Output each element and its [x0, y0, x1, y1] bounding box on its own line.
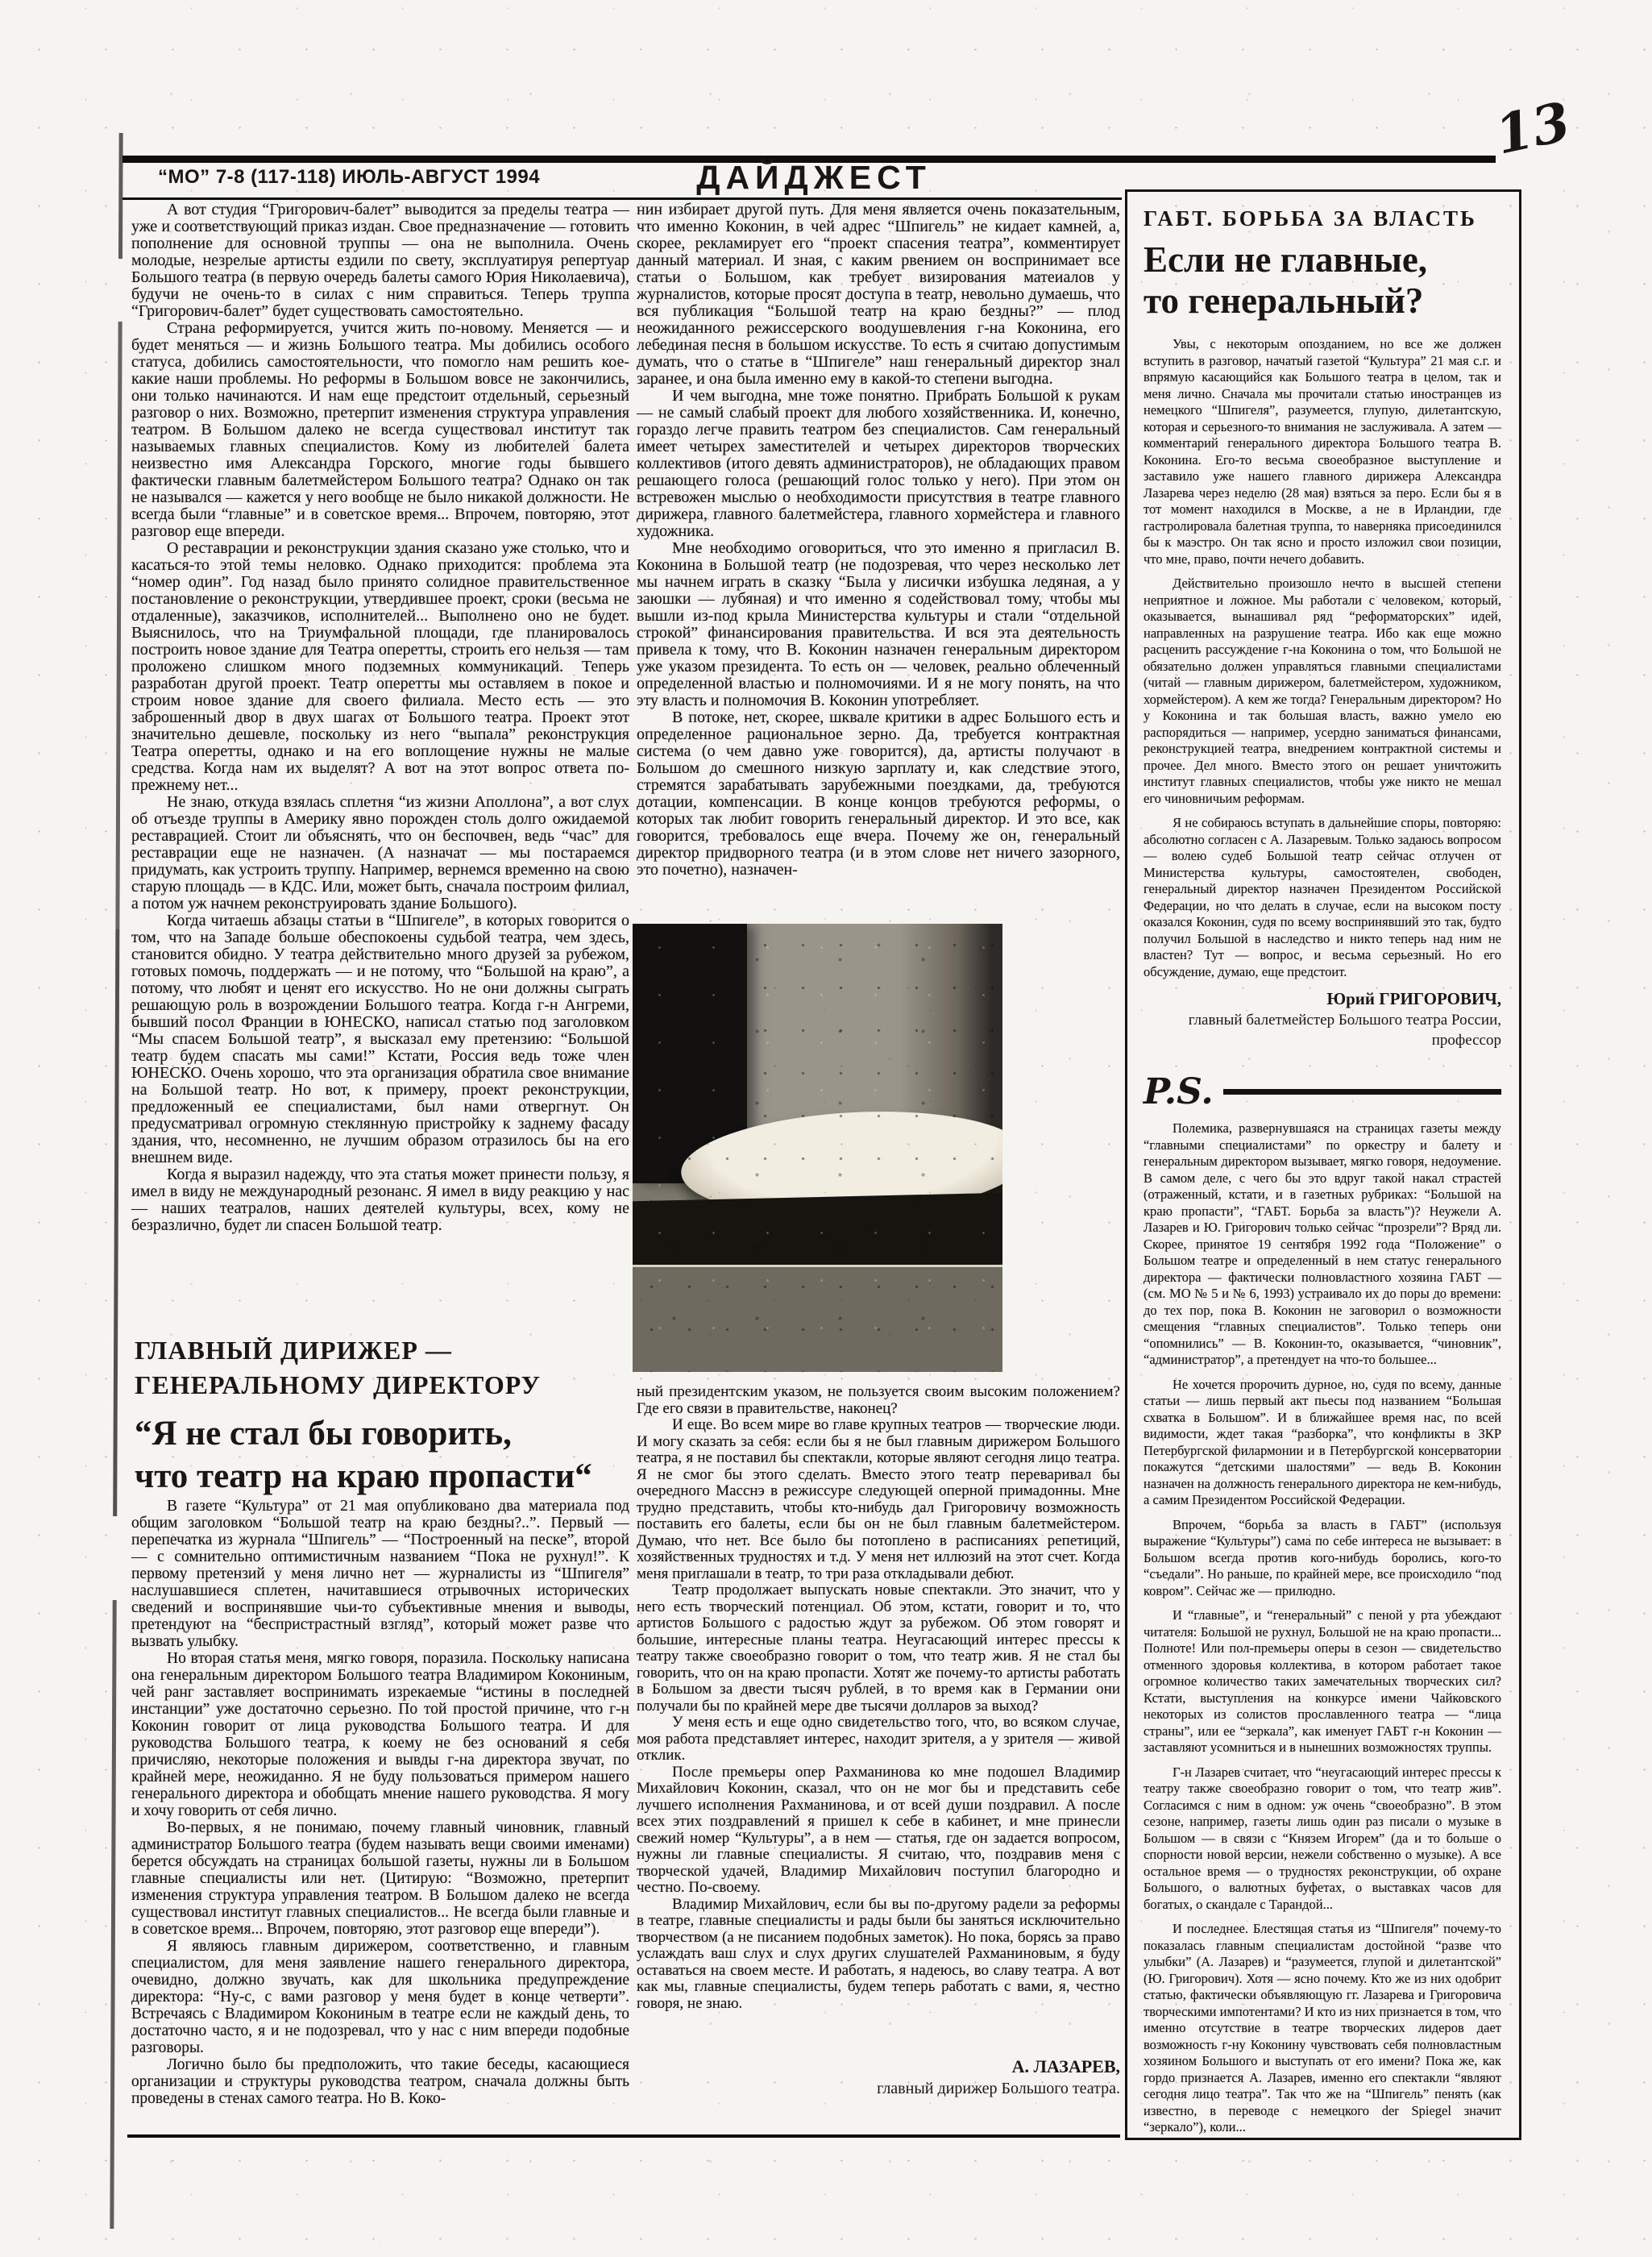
signature-name: А. ЛАЗАРЕВ,: [637, 2055, 1120, 2078]
paragraph: Увы, с некоторым опозданием, но все же д…: [1144, 336, 1501, 567]
photo-column-base: [633, 924, 1002, 1372]
paragraph: Полемика, развернувшаяся на страницах га…: [1144, 1120, 1501, 1369]
masthead: “МО” 7-8 (117-118) ИЮЛЬ-АВГУСТ 1994: [158, 166, 540, 189]
signature-title: главный балетмейстер Большого театра Рос…: [1144, 1010, 1501, 1030]
kicker-line: ГЛАВНЫЙ ДИРИЖЕР —: [135, 1333, 633, 1368]
left-column-body-2: В газете “Культура” от 21 мая опубликова…: [131, 1498, 629, 2131]
article-headline-right: Если не главные, то генеральный?: [1144, 239, 1501, 322]
bottom-rule: [127, 2134, 1120, 2138]
paragraph: О реставрации и реконструкции здания ска…: [131, 540, 629, 794]
paragraph: ный президентским указом, не пользуется …: [637, 1384, 1120, 1417]
kicker-line: ГЕНЕРАЛЬНОМУ ДИРЕКТОРУ: [135, 1368, 633, 1403]
paragraph: Во-первых, я не понимаю, почему главный …: [131, 1819, 629, 1938]
photo-grain-layer: [633, 924, 1002, 1372]
paragraph: Не хочется пророчить дурное, но, судя по…: [1144, 1377, 1501, 1509]
signature-lazarev: А. ЛАЗАРЕВ, главный дирижер Большого теа…: [637, 2055, 1120, 2099]
paragraph: Логично было бы предположить, что такие …: [131, 2056, 629, 2107]
left-column-body-1: А вот студия “Григорович-балет” выводитс…: [131, 202, 629, 1328]
signature-grigorovich: Юрий ГРИГОРОВИЧ, главный балетмейстер Бо…: [1144, 988, 1501, 1050]
signature-name: Юрий ГРИГОРОВИЧ,: [1144, 988, 1501, 1010]
page-number: 13: [1490, 89, 1575, 166]
postscript-header: P.S.: [1144, 1071, 1501, 1112]
headline-line: “Я не стал бы говорить,: [135, 1412, 633, 1455]
headline-line: то генеральный?: [1144, 281, 1501, 322]
article-headline-left: “Я не стал бы говорить, что театр на кра…: [135, 1412, 633, 1498]
postscript-rule: [1223, 1089, 1501, 1095]
paragraph: Действительно произошло нечто в высшей с…: [1144, 576, 1501, 807]
paragraph: После премьеры опер Рахманинова ко мне п…: [637, 1764, 1120, 1897]
paragraph: нин избирает другой путь. Для меня являе…: [637, 202, 1120, 388]
header-subrule: [122, 197, 1122, 200]
paragraph: Я являюсь главным дирижером, соответстве…: [131, 1938, 629, 2056]
headline-line: что театр на краю пропасти“: [135, 1455, 633, 1498]
paragraph: Когда я выразил надежду, что эта статья …: [131, 1166, 629, 1234]
boxed-article: ГАБТ. БОРЬБА ЗА ВЛАСТЬ Если не главные, …: [1125, 189, 1521, 2140]
article-kicker-right: ГАБТ. БОРЬБА ЗА ВЛАСТЬ: [1144, 206, 1501, 231]
paragraph: Не знаю, откуда взялась сплетня “из жизн…: [131, 794, 629, 912]
paragraph: Но вторая статья меня, мягко говоря, пор…: [131, 1650, 629, 1819]
signature-title: главный дирижер Большого театра.: [637, 2078, 1120, 2099]
paragraph: Страна реформируется, учится жить по-нов…: [131, 320, 629, 540]
paragraph: Когда читаешь абзацы статьи в “Шпигеле”,…: [131, 912, 629, 1166]
paragraph: А вот студия “Григорович-балет” выводитс…: [131, 202, 629, 320]
paragraph: Впрочем, “борьба за власть в ГАБТ” (испо…: [1144, 1517, 1501, 1600]
paragraph: И “главные”, и “генеральный” с пеной у р…: [1144, 1607, 1501, 1756]
paragraph: Я не собираюсь вступать в дальнейшие спо…: [1144, 815, 1501, 980]
paragraph: Театр продолжает выпускать новые спектак…: [637, 1582, 1120, 1715]
paragraph: И последнее. Блестящая статья из “Шпигел…: [1144, 1921, 1501, 2136]
section-title: ДАЙДЖЕСТ: [661, 159, 967, 197]
paragraph: Владимир Михайлович, если бы вы по-друго…: [637, 1897, 1120, 2013]
middle-column-body-2: ный президентским указом, не пользуется …: [637, 1384, 1120, 2043]
headline-line: Если не главные,: [1144, 239, 1501, 281]
article-kicker-left: ГЛАВНЫЙ ДИРИЖЕР — ГЕНЕРАЛЬНОМУ ДИРЕКТОРУ: [135, 1333, 633, 1403]
scan-edge-artifact: [110, 133, 122, 2229]
paragraph: В потоке, нет, скорее, шквале критики в …: [637, 709, 1120, 879]
paragraph: И еще. Во всем мире во главе крупных теа…: [637, 1417, 1120, 1582]
paragraph: Г-н Лазарев считает, что “неугасающий ин…: [1144, 1764, 1501, 1914]
newspaper-page: “МО” 7-8 (117-118) ИЮЛЬ-АВГУСТ 1994 ДАЙД…: [0, 0, 1652, 2257]
paragraph: В газете “Культура” от 21 мая опубликова…: [131, 1498, 629, 1650]
paragraph: Мне необходимо оговориться, что это имен…: [637, 540, 1120, 709]
paragraph: И чем выгодна, мне тоже понятно. Прибрат…: [637, 388, 1120, 540]
paragraph: У меня есть и еще одно свидетельство тог…: [637, 1715, 1120, 1764]
postscript-label: P.S.: [1144, 1071, 1214, 1112]
middle-column-body-1: нин избирает другой путь. Для меня являе…: [637, 202, 1120, 916]
signature-title: профессор: [1144, 1030, 1501, 1050]
